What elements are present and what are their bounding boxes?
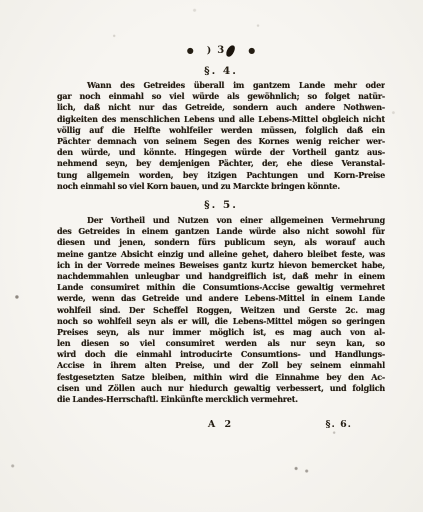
text-line: völlig auf die Helfte wohlfeiler werden …	[57, 125, 385, 136]
ornament-paren: )	[207, 45, 214, 56]
text-line: ich in der Vorrede meines Beweises gantz…	[57, 260, 385, 271]
text-line: nachdemmahlen unleugbar und handgreiflic…	[57, 271, 385, 282]
text-line: tung allgemein worden, bey itzigen Pacht…	[57, 170, 385, 181]
paragraph-section-5: Der Vortheil und Nutzen von einer allgem…	[57, 215, 385, 405]
catchword: §. 6.	[325, 419, 352, 430]
text-line: Pächter demnach von seinem Segen des Kor…	[57, 136, 385, 147]
text-line: lich, daß nicht nur das Getreide, sonder…	[57, 102, 385, 113]
page-number: 3	[217, 45, 224, 56]
text-line: Accise in ihrem alten Preise, und der Zo…	[57, 360, 385, 371]
text-line: noch so wohlfeil seyn als er will, die L…	[57, 316, 385, 327]
text-line: gar noch einmahl so viel würde als gewöh…	[57, 91, 385, 102]
text-line: festgesetzten Satze bleiben, mithin wird…	[57, 372, 385, 383]
scanned-book-page: ● ) 3 ● §. 4. Wann des Getreides überall…	[0, 0, 423, 512]
text-line: den würde, und könnte. Hingegen würde de…	[57, 147, 385, 158]
text-line: nehmend seyn, bey demjenigen Pächter, de…	[57, 158, 385, 169]
text-line: noch einmahl so viel Korn bauen, und zu …	[57, 181, 385, 192]
text-line: Preises seyn, als nur immer möglich ist,…	[57, 327, 385, 338]
page-number-ornament: ● ) 3 ●	[57, 44, 385, 57]
text-line: digkeiten des menschlichen Lebens und al…	[57, 114, 385, 125]
text-line: Lande consumiret mithin die Consumtions-…	[57, 282, 385, 293]
text-line: len diesen so viel consumiret werden als…	[57, 338, 385, 349]
text-line: werde, wenn das Getreide und andere Lebe…	[57, 293, 385, 304]
ornament-dot-left: ●	[187, 44, 194, 57]
text-line: diesen und jenen, sondern fürs publicum …	[57, 237, 385, 248]
ornament-dot-right: ●	[248, 44, 255, 57]
text-line: wird doch die einmahl introducirte Consu…	[57, 349, 385, 360]
text-line: Der Vortheil und Nutzen von einer allgem…	[57, 215, 385, 226]
text-line: cisen und Zöllen auch nur hiedurch gewal…	[57, 383, 385, 394]
text-line: wohlfeil sind. Der Scheffel Roggen, Weit…	[57, 305, 385, 316]
section-heading-5: §. 5.	[57, 199, 385, 211]
page-footer: A 2 §. 6.	[57, 419, 385, 432]
section-heading-4: §. 4.	[57, 65, 385, 77]
text-line: des Getreides in einem gantzen Lande wür…	[57, 226, 385, 237]
text-line: Wann des Getreides überall im gantzem La…	[57, 80, 385, 91]
text-line: meine gantze Absicht einzig und alleine …	[57, 249, 385, 260]
ink-blot	[225, 44, 236, 57]
text-line: die Landes-Herrschaftl. Einkünfte merckl…	[57, 394, 385, 405]
paragraph-section-4: Wann des Getreides überall im gantzem La…	[57, 80, 385, 192]
